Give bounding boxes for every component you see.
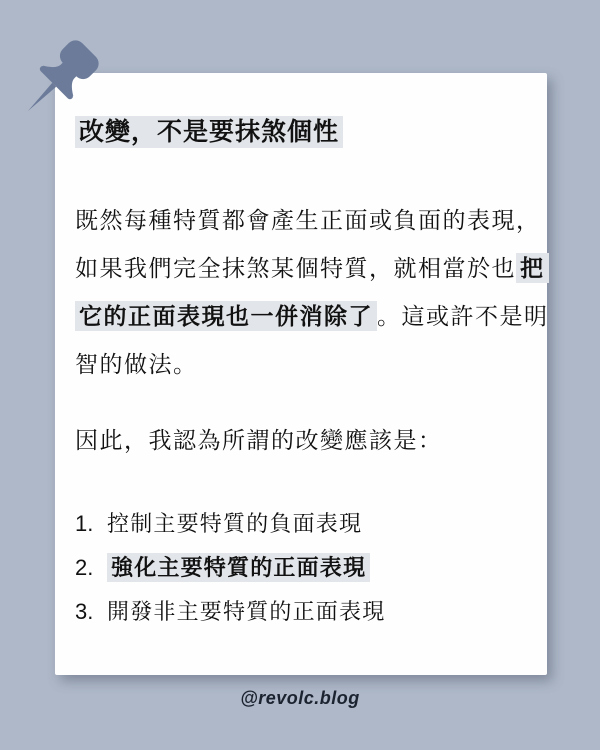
list-number: 3. xyxy=(75,590,107,634)
list-number: 2. xyxy=(75,546,107,590)
card-title-row: 改變，不是要抹煞個性 xyxy=(75,117,529,148)
highlighted-text-segment: 它的正面表現也一併消除了 xyxy=(75,301,377,331)
list-text: 控制主要特質的負面表現 xyxy=(107,511,362,536)
text-line-3: 它的正面表現也一併消除了。這或許不是明 xyxy=(75,292,529,340)
text-line-2: 如果我們完全抹煞某個特質，就相當於也把 xyxy=(75,244,529,292)
text-segment: 智的做法。 xyxy=(75,351,198,377)
list-number: 1. xyxy=(75,502,107,546)
highlighted-text-segment: 把 xyxy=(516,253,549,283)
text-segment: 因此，我認為所謂的改變應該是： xyxy=(75,427,443,453)
list-item-2: 2.強化主要特質的正面表現 xyxy=(75,546,529,590)
numbered-list: 1.控制主要特質的負面表現 2.強化主要特質的正面表現 3.開發非主要特質的正面… xyxy=(75,502,529,634)
text-segment: 。這或許不是明 xyxy=(377,303,549,329)
watermark: @revolc.blog xyxy=(0,688,600,709)
card-content: 改變，不是要抹煞個性 既然每種特質都會產生正面或負面的表現， 如果我們完全抹煞某… xyxy=(55,73,547,634)
text-line-1: 既然每種特質都會產生正面或負面的表現， xyxy=(75,196,529,244)
text-line-4: 智的做法。 xyxy=(75,340,529,388)
pushpin-needle xyxy=(26,83,56,113)
text-segment: 如果我們完全抹煞某個特質，就相當於也 xyxy=(75,255,516,281)
text-segment: 既然每種特質都會產生正面或負面的表現， xyxy=(75,207,541,233)
paragraph-1: 既然每種特質都會產生正面或負面的表現， 如果我們完全抹煞某個特質，就相當於也把 … xyxy=(75,196,529,388)
list-item-1: 1.控制主要特質的負面表現 xyxy=(75,502,529,546)
pushpin-icon xyxy=(15,28,125,138)
paragraph-2: 因此，我認為所謂的改變應該是： xyxy=(75,416,529,464)
quote-card: 改變，不是要抹煞個性 既然每種特質都會產生正面或負面的表現， 如果我們完全抹煞某… xyxy=(55,73,547,675)
list-text: 開發非主要特質的正面表現 xyxy=(107,599,385,624)
highlighted-list-text: 強化主要特質的正面表現 xyxy=(107,553,370,582)
list-item-3: 3.開發非主要特質的正面表現 xyxy=(75,590,529,634)
